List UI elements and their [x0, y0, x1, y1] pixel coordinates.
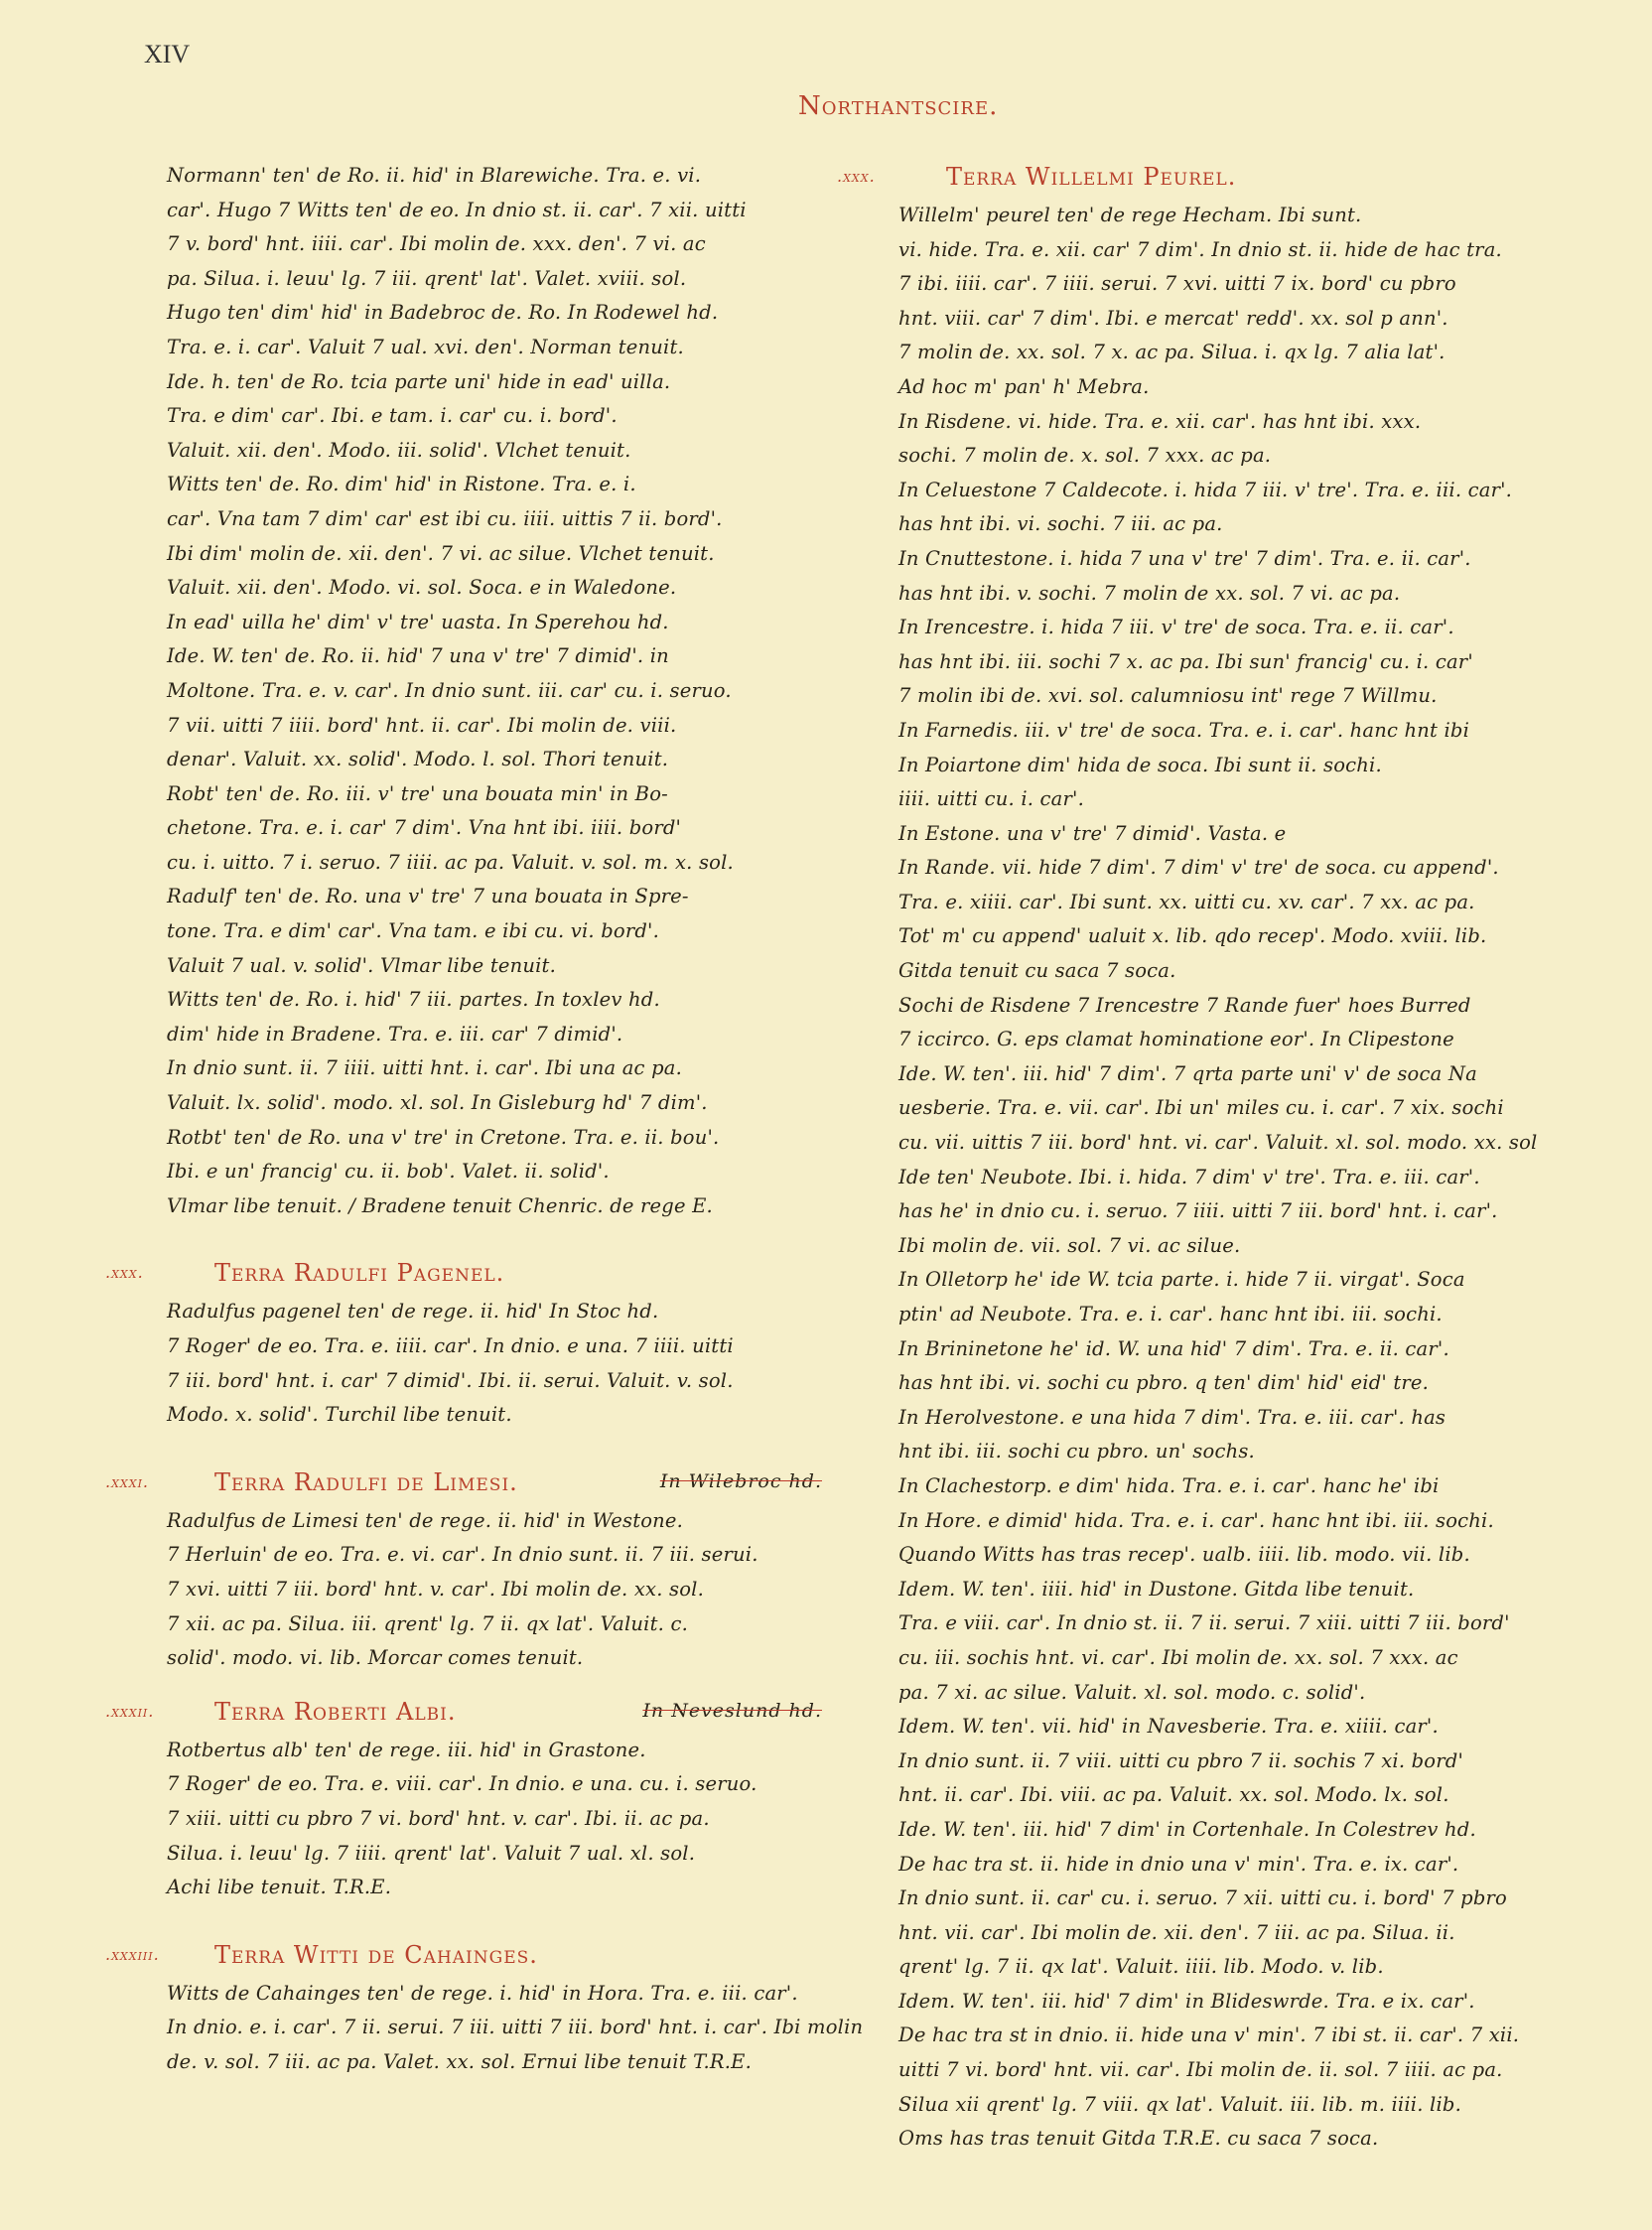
- manuscript-line: 7 Roger' de eo. Tra. e. viii. car'. In d…: [167, 1767, 842, 1802]
- manuscript-line: Moltone. Tra. e. v. car'. In dnio sunt. …: [167, 674, 842, 709]
- manuscript-line: In dnio sunt. ii. 7 viii. uitti cu pbro …: [898, 1744, 1534, 1779]
- manuscript-line: In dnio sunt. ii. 7 iiii. uitti hnt. i. …: [167, 1051, 842, 1086]
- manuscript-line: Normann' ten' de Ro. ii. hid' in Blarewi…: [167, 159, 842, 194]
- manuscript-line: In Estone. una v' tre' 7 dimid'. Vasta. …: [898, 817, 1534, 852]
- manuscript-line: uesberie. Tra. e. vii. car'. Ibi un' mil…: [898, 1091, 1534, 1126]
- hundred-note: In Wilebroc hd.: [660, 1470, 822, 1492]
- manuscript-line: pa. Silua. i. leuu' lg. 7 iii. qrent' la…: [167, 262, 842, 297]
- section-body-xxxi: Radulfus de Limesi ten' de rege. ii. hid…: [167, 1504, 842, 1676]
- manuscript-line: Silua xii qrent' lg. 7 viii. qx lat'. Va…: [898, 2088, 1534, 2123]
- manuscript-line: Rotbertus alb' ten' de rege. iii. hid' i…: [167, 1734, 842, 1768]
- manuscript-line: tone. Tra. e dim' car'. Vna tam. e ibi c…: [167, 914, 842, 949]
- manuscript-line: Oms has tras tenuit Gitda T.R.E. cu saca…: [898, 2122, 1534, 2157]
- manuscript-line: ptin' ad Neubote. Tra. e. i. car'. hanc …: [898, 1298, 1534, 1332]
- section-heading-xxxiii: .xxxiii. Terra Witti de Cahainges.: [167, 1937, 842, 1977]
- manuscript-line: has hnt ibi. iii. sochi 7 x. ac pa. Ibi …: [898, 645, 1534, 680]
- section-body-xxx: Radulfus pagenel ten' de rege. ii. hid' …: [167, 1295, 842, 1432]
- manuscript-line: de. v. sol. 7 iii. ac pa. Valet. xx. sol…: [167, 2045, 842, 2080]
- manuscript-line: 7 molin de. xx. sol. 7 x. ac pa. Silua. …: [898, 336, 1534, 370]
- manuscript-line: In Brininetone he' id. W. una hid' 7 dim…: [898, 1332, 1534, 1367]
- manuscript-line: Modo. x. solid'. Turchil libe tenuit.: [167, 1398, 842, 1433]
- manuscript-line: Hugo ten' dim' hid' in Badebroc de. Ro. …: [167, 296, 842, 331]
- section-body-xxxiii: Witts de Cahainges ten' de rege. i. hid'…: [167, 1977, 842, 2080]
- manuscript-line: Quando Witts has tras recep'. ualb. iiii…: [898, 1538, 1534, 1573]
- manuscript-line: In Celuestone 7 Caldecote. i. hida 7 iii…: [898, 474, 1534, 508]
- manuscript-line: 7 iccirco. G. eps clamat hominatione eor…: [898, 1023, 1534, 1057]
- section-title: Terra Radulfi Pagenel.: [214, 1259, 504, 1287]
- manuscript-line: 7 iii. bord' hnt. i. car' 7 dimid'. Ibi.…: [167, 1364, 842, 1399]
- manuscript-line: Valuit. xii. den'. Modo. vi. sol. Soca. …: [167, 571, 842, 606]
- section-heading-xxxi: .xxxi. Terra Radulfi de Limesi. In Wileb…: [167, 1464, 842, 1504]
- manuscript-line: hnt ibi. iii. sochi cu pbro. un' sochs.: [898, 1435, 1534, 1469]
- section-number: .xxxiii.: [105, 1945, 160, 1964]
- manuscript-line: In Farnedis. iii. v' tre' de soca. Tra. …: [898, 714, 1534, 749]
- manuscript-line: hnt. ii. car'. Ibi. viii. ac pa. Valuit.…: [898, 1778, 1534, 1813]
- manuscript-line: car'. Hugo 7 Witts ten' de eo. In dnio s…: [167, 194, 842, 228]
- manuscript-line: In Herolvestone. e una hida 7 dim'. Tra.…: [898, 1401, 1534, 1436]
- manuscript-line: 7 Herluin' de eo. Tra. e. vi. car'. In d…: [167, 1538, 842, 1573]
- section-title: Terra Roberti Albi.: [214, 1698, 456, 1726]
- manuscript-line: cu. iii. sochis hnt. vi. car'. Ibi molin…: [898, 1641, 1534, 1676]
- manuscript-line: De hac tra st. ii. hide in dnio una v' m…: [898, 1848, 1534, 1882]
- manuscript-line: Vlmar libe tenuit. / Bradene tenuit Chen…: [167, 1189, 842, 1224]
- manuscript-line: In Rande. vii. hide 7 dim'. 7 dim' v' tr…: [898, 851, 1534, 886]
- manuscript-line: Ibi molin de. vii. sol. 7 vi. ac silue.: [898, 1229, 1534, 1264]
- manuscript-line: In Risdene. vi. hide. Tra. e. xii. car'.…: [898, 405, 1534, 440]
- manuscript-line: hnt. viii. car' 7 dim'. Ibi. e mercat' r…: [898, 302, 1534, 337]
- manuscript-line: Witts ten' de. Ro. dim' hid' in Ristone.…: [167, 468, 842, 502]
- manuscript-line: Rotbt' ten' de Ro. una v' tre' in Creton…: [167, 1121, 842, 1156]
- manuscript-line: iiii. uitti cu. i. car'.: [898, 782, 1534, 817]
- manuscript-line: In Irencestre. i. hida 7 iii. v' tre' de…: [898, 611, 1534, 645]
- section-number: .xxxii.: [105, 1702, 154, 1721]
- manuscript-line: Sochi de Risdene 7 Irencestre 7 Rande fu…: [898, 989, 1534, 1024]
- manuscript-line: In Poiartone dim' hida de soca. Ibi sunt…: [898, 749, 1534, 783]
- manuscript-line: In dnio sunt. ii. car' cu. i. seruo. 7 x…: [898, 1882, 1534, 1916]
- manuscript-line: In Clachestorp. e dim' hida. Tra. e. i. …: [898, 1469, 1534, 1504]
- manuscript-line: Achi libe tenuit. T.R.E.: [167, 1871, 842, 1905]
- manuscript-line: Valuit. xii. den'. Modo. iii. solid'. Vl…: [167, 434, 842, 469]
- manuscript-line: Witts ten' de. Ro. i. hid' 7 iii. partes…: [167, 983, 842, 1018]
- hundred-note: In Neveslund hd.: [642, 1700, 822, 1722]
- manuscript-line: Ide. W. ten'. iii. hid' 7 dim' in Corten…: [898, 1813, 1534, 1848]
- manuscript-line: Gitda tenuit cu saca 7 soca.: [898, 954, 1534, 989]
- manuscript-line: Valuit 7 ual. v. solid'. Vlmar libe tenu…: [167, 949, 842, 984]
- manuscript-line: Tot' m' cu append' ualuit x. lib. qdo re…: [898, 919, 1534, 954]
- manuscript-line: Ide. W. ten' de. Ro. ii. hid' 7 una v' t…: [167, 639, 842, 674]
- manuscript-line: Tra. e dim' car'. Ibi. e tam. i. car' cu…: [167, 399, 842, 434]
- section-number: .xxxi.: [105, 1472, 149, 1491]
- manuscript-line: De hac tra st in dnio. ii. hide una v' m…: [898, 2019, 1534, 2053]
- manuscript-line: Radulf' ten' de. Ro. una v' tre' 7 una b…: [167, 880, 842, 914]
- manuscript-line: Tra. e. xiiii. car'. Ibi sunt. xx. uitti…: [898, 886, 1534, 920]
- manuscript-line: 7 molin ibi de. xvi. sol. calumniosu int…: [898, 679, 1534, 714]
- manuscript-line: sochi. 7 molin de. x. sol. 7 xxx. ac pa.: [898, 439, 1534, 474]
- manuscript-line: Ide ten' Neubote. Ibi. i. hida. 7 dim' v…: [898, 1161, 1534, 1195]
- manuscript-line: Valuit. lx. solid'. modo. xl. sol. In Gi…: [167, 1086, 842, 1121]
- manuscript-line: 7 xvi. uitti 7 iii. bord' hnt. v. car'. …: [167, 1573, 842, 1607]
- manuscript-line: Ide. W. ten'. iii. hid' 7 dim'. 7 qrta p…: [898, 1057, 1534, 1092]
- section-title: Terra Witti de Cahainges.: [214, 1941, 538, 1969]
- manuscript-line: Ide. h. ten' de Ro. tcia parte uni' hide…: [167, 365, 842, 400]
- manuscript-line: has hnt ibi. v. sochi. 7 molin de xx. so…: [898, 577, 1534, 612]
- manuscript-line: 7 Roger' de eo. Tra. e. iiii. car'. In d…: [167, 1329, 842, 1364]
- manuscript-line: 7 v. bord' hnt. iiii. car'. Ibi molin de…: [167, 227, 842, 262]
- left-block-main: Normann' ten' de Ro. ii. hid' in Blarewi…: [167, 159, 842, 1223]
- section-number: .xxx.: [105, 1263, 144, 1282]
- manuscript-line: Ad hoc m' pan' h' Mebra.: [898, 370, 1534, 405]
- manuscript-line: vi. hide. Tra. e. xii. car' 7 dim'. In d…: [898, 233, 1534, 268]
- right-column: .xxx. Terra Willelmi Peurel. Willelm' pe…: [898, 159, 1534, 2157]
- page-number: XIV: [144, 40, 190, 70]
- manuscript-line: cu. vii. uittis 7 iii. bord' hnt. vi. ca…: [898, 1126, 1534, 1161]
- manuscript-line: Tra. e. i. car'. Valuit 7 ual. xvi. den'…: [167, 331, 842, 365]
- manuscript-line: has he' in dnio cu. i. seruo. 7 iiii. ui…: [898, 1194, 1534, 1229]
- left-column: Normann' ten' de Ro. ii. hid' in Blarewi…: [167, 159, 842, 2080]
- manuscript-line: chetone. Tra. e. i. car' 7 dim'. Vna hnt…: [167, 811, 842, 846]
- manuscript-line: Idem. W. ten'. iii. hid' 7 dim' in Blide…: [898, 1985, 1534, 2020]
- section-body-peurel: Willelm' peurel ten' de rege Hecham. Ibi…: [898, 199, 1534, 2157]
- manuscript-line: uitti 7 vi. bord' hnt. vii. car'. Ibi mo…: [898, 2053, 1534, 2088]
- manuscript-line: pa. 7 xi. ac silue. Valuit. xl. sol. mod…: [898, 1676, 1534, 1711]
- manuscript-line: Radulfus de Limesi ten' de rege. ii. hid…: [167, 1504, 842, 1539]
- manuscript-line: Robt' ten' de. Ro. iii. v' tre' una boua…: [167, 777, 842, 812]
- manuscript-line: Idem. W. ten'. iiii. hid' in Dustone. Gi…: [898, 1573, 1534, 1607]
- section-heading-xxx-peurel: .xxx. Terra Willelmi Peurel.: [898, 159, 1534, 199]
- manuscript-line: car'. Vna tam 7 dim' car' est ibi cu. ii…: [167, 502, 842, 537]
- section-heading-xxxii: .xxxii. Terra Roberti Albi. In Neveslund…: [167, 1694, 842, 1734]
- manuscript-line: 7 xii. ac pa. Silua. iii. qrent' lg. 7 i…: [167, 1607, 842, 1642]
- manuscript-line: Ibi. e un' francig' cu. ii. bob'. Valet.…: [167, 1155, 842, 1189]
- section-heading-xxx: .xxx. Terra Radulfi Pagenel.: [167, 1255, 842, 1295]
- manuscript-line: Silua. i. leuu' lg. 7 iiii. qrent' lat'.…: [167, 1837, 842, 1872]
- manuscript-line: dim' hide in Bradene. Tra. e. iii. car' …: [167, 1018, 842, 1052]
- manuscript-line: cu. i. uitto. 7 i. seruo. 7 iiii. ac pa.…: [167, 846, 842, 881]
- section-title: Terra Willelmi Peurel.: [946, 163, 1236, 191]
- manuscript-line: Radulfus pagenel ten' de rege. ii. hid' …: [167, 1295, 842, 1329]
- manuscript-line: In Cnuttestone. i. hida 7 una v' tre' 7 …: [898, 542, 1534, 577]
- manuscript-line: Ibi dim' molin de. xii. den'. 7 vi. ac s…: [167, 537, 842, 572]
- manuscript-line: In Olletorp he' ide W. tcia parte. i. hi…: [898, 1263, 1534, 1298]
- section-title: Terra Radulfi de Limesi.: [214, 1468, 518, 1496]
- manuscript-line: Idem. W. ten'. vii. hid' in Navesberie. …: [898, 1710, 1534, 1744]
- manuscript-line: hnt. vii. car'. Ibi molin de. xii. den'.…: [898, 1916, 1534, 1951]
- manuscript-line: denar'. Valuit. xx. solid'. Modo. l. sol…: [167, 743, 842, 777]
- section-body-xxxii: Rotbertus alb' ten' de rege. iii. hid' i…: [167, 1734, 842, 1905]
- manuscript-line: In dnio. e. i. car'. 7 ii. serui. 7 iii.…: [167, 2011, 842, 2045]
- manuscript-line: 7 ibi. iiii. car'. 7 iiii. serui. 7 xvi.…: [898, 267, 1534, 302]
- manuscript-line: 7 vii. uitti 7 iiii. bord' hnt. ii. car'…: [167, 709, 842, 744]
- manuscript-line: has hnt ibi. vi. sochi. 7 iii. ac pa.: [898, 507, 1534, 542]
- manuscript-line: 7 xiii. uitti cu pbro 7 vi. bord' hnt. v…: [167, 1802, 842, 1837]
- manuscript-line: has hnt ibi. vi. sochi cu pbro. q ten' d…: [898, 1366, 1534, 1401]
- manuscript-line: Tra. e viii. car'. In dnio st. ii. 7 ii.…: [898, 1606, 1534, 1641]
- manuscript-line: Willelm' peurel ten' de rege Hecham. Ibi…: [898, 199, 1534, 233]
- manuscript-line: solid'. modo. vi. lib. Morcar comes tenu…: [167, 1641, 842, 1676]
- section-number: .xxx.: [837, 167, 876, 186]
- manuscript-line: In ead' uilla he' dim' v' tre' uasta. In…: [167, 606, 842, 640]
- shire-title: Northantscire.: [798, 91, 998, 121]
- manuscript-line: qrent' lg. 7 ii. qx lat'. Valuit. iiii. …: [898, 1950, 1534, 1985]
- manuscript-line: In Hore. e dimid' hida. Tra. e. i. car'.…: [898, 1504, 1534, 1539]
- manuscript-line: Witts de Cahainges ten' de rege. i. hid'…: [167, 1977, 842, 2012]
